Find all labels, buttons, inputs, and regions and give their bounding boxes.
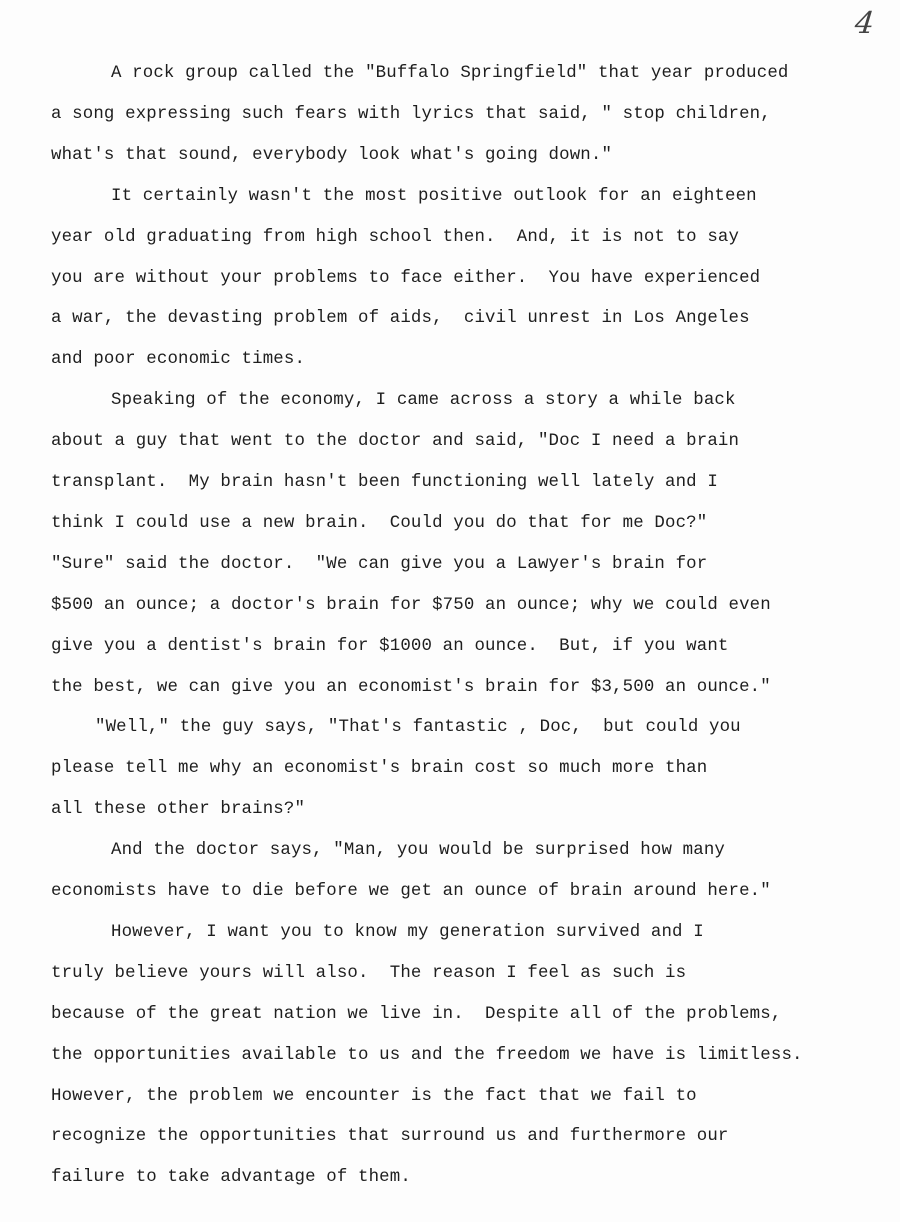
text-line: failure to take advantage of them. bbox=[51, 1166, 411, 1190]
text-line: And the doctor says, "Man, you would be … bbox=[111, 839, 725, 863]
text-line: the opportunities available to us and th… bbox=[51, 1044, 803, 1068]
text-line: all these other brains?" bbox=[51, 798, 305, 822]
text-line: "Sure" said the doctor. "We can give you… bbox=[51, 553, 707, 577]
text-line: However, the problem we encounter is the… bbox=[51, 1085, 697, 1109]
text-line: what's that sound, everybody look what's… bbox=[51, 144, 612, 168]
text-line: Speaking of the economy, I came across a… bbox=[111, 389, 736, 413]
text-line: you are without your problems to face ei… bbox=[51, 267, 760, 291]
text-line: and poor economic times. bbox=[51, 348, 305, 372]
text-line: recognize the opportunities that surroun… bbox=[51, 1125, 729, 1149]
text-line: A rock group called the "Buffalo Springf… bbox=[111, 62, 789, 86]
text-line: $500 an ounce; a doctor's brain for $750… bbox=[51, 594, 771, 618]
text-line: about a guy that went to the doctor and … bbox=[51, 430, 739, 454]
text-line: give you a dentist's brain for $1000 an … bbox=[51, 635, 729, 659]
text-line: year old graduating from high school the… bbox=[51, 226, 739, 250]
page-number: 4 bbox=[853, 6, 876, 41]
text-line: economists have to die before we get an … bbox=[51, 880, 771, 904]
text-line: It certainly wasn't the most positive ou… bbox=[111, 185, 757, 209]
text-line: the best, we can give you an economist's… bbox=[51, 676, 771, 700]
text-line: a war, the devasting problem of aids, ci… bbox=[51, 307, 750, 331]
text-line: "Well," the guy says, "That's fantastic … bbox=[95, 716, 741, 740]
text-line: truly believe yours will also. The reaso… bbox=[51, 962, 686, 986]
text-line: think I could use a new brain. Could you… bbox=[51, 512, 707, 536]
text-line: transplant. My brain hasn't been functio… bbox=[51, 471, 718, 495]
text-line: because of the great nation we live in. … bbox=[51, 1003, 781, 1027]
text-line: a song expressing such fears with lyrics… bbox=[51, 103, 771, 127]
text-line: please tell me why an economist's brain … bbox=[51, 757, 707, 781]
text-line: However, I want you to know my generatio… bbox=[111, 921, 704, 945]
